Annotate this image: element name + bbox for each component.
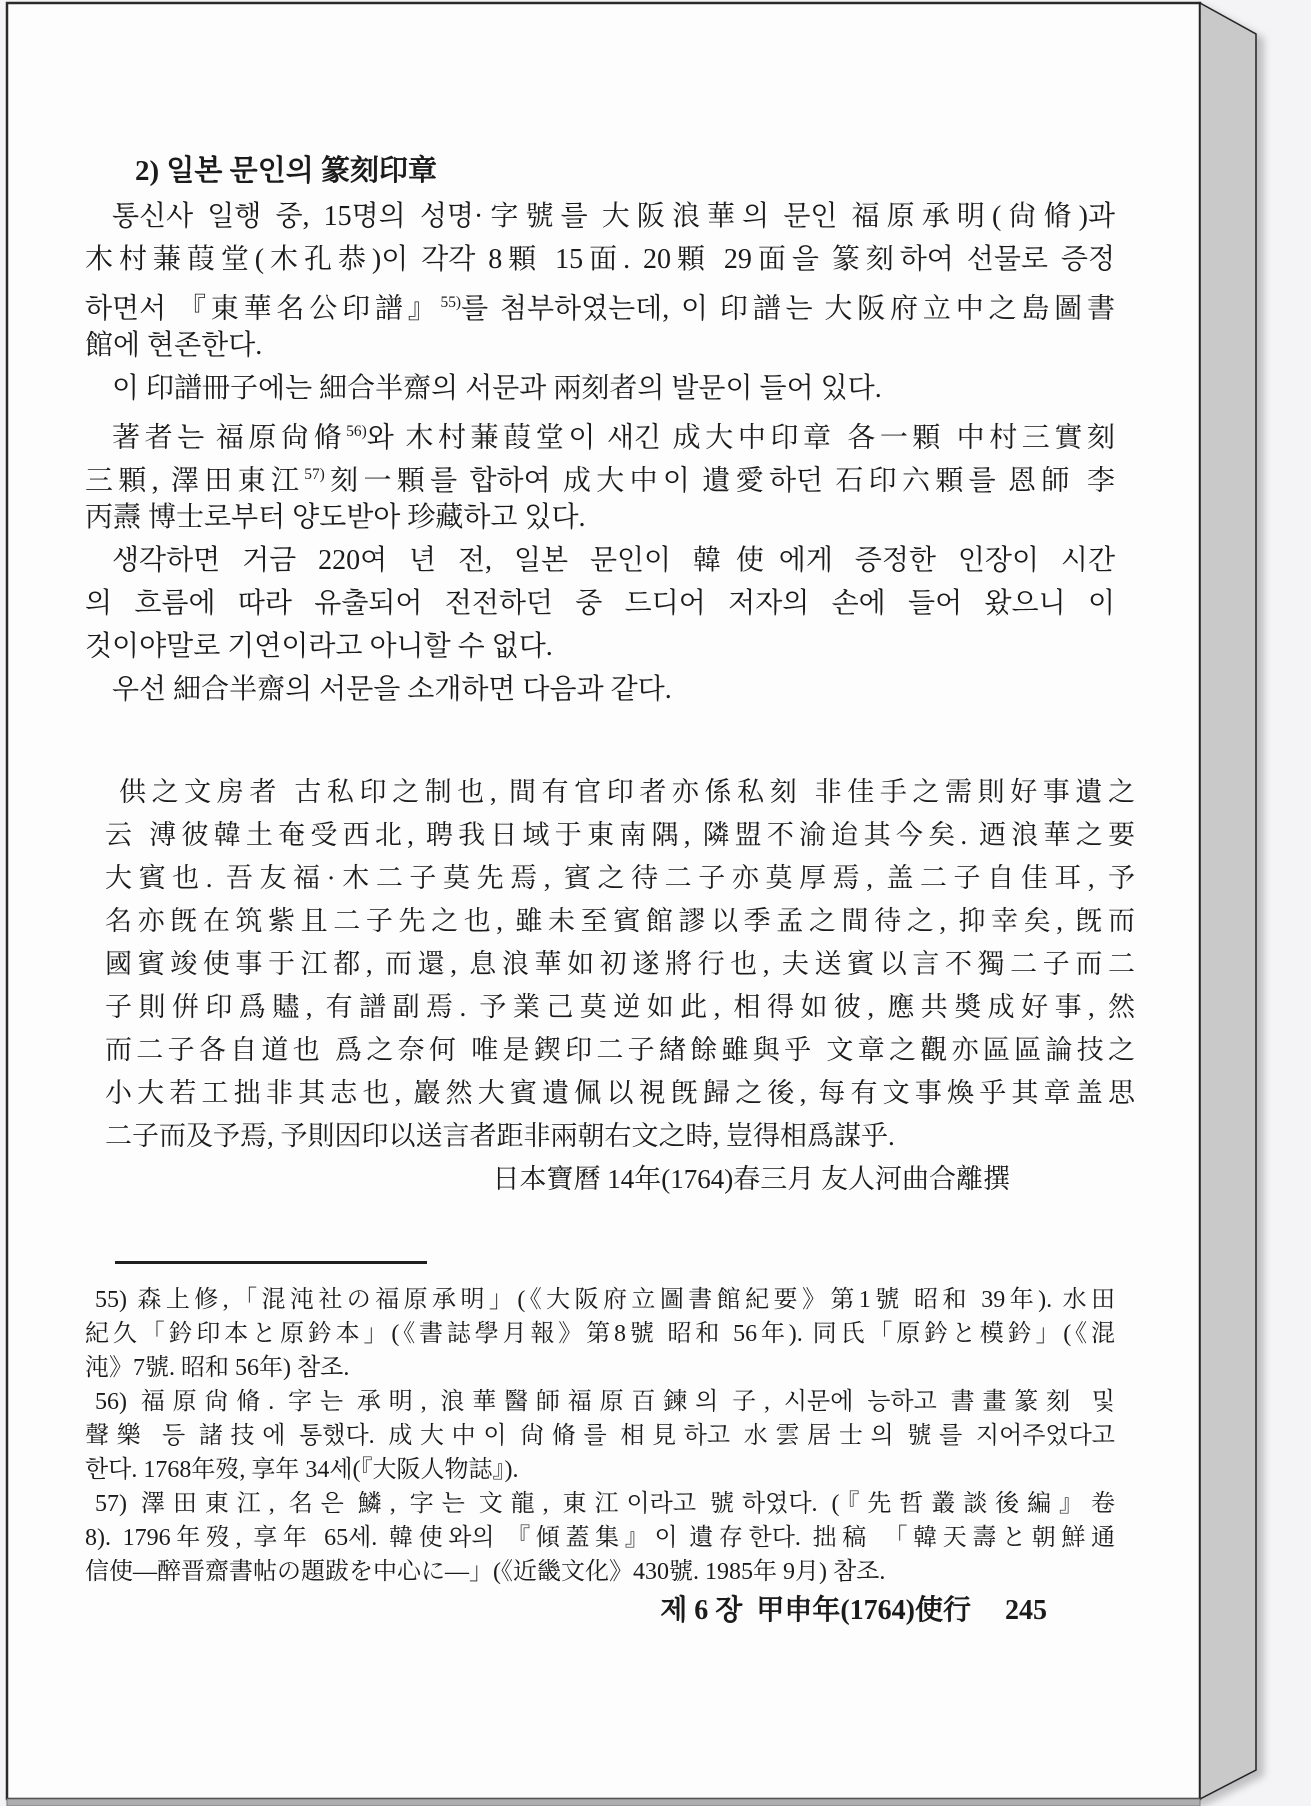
text-line: 丙燾 博士로부터 양도받아 珍藏하고 있다. xyxy=(85,496,1115,539)
footnote-56-line: 56) 福原尙脩. 字는 承明, 浪華醫師福原百鍊의 子, 시문에 능하고 書畫… xyxy=(85,1385,1115,1419)
quote-line: 子則倂印爲贐, 有譜副焉. 予業己莫逆如此, 相得如彼, 應共奬成好事, 然 xyxy=(105,986,1135,1029)
text-segment: 三顆, 澤田東江 xyxy=(85,465,304,496)
footnote-separator xyxy=(115,1261,427,1264)
bottom-edge xyxy=(7,1799,1200,1806)
chapter-label: 제 6 장 xyxy=(660,1595,742,1626)
footnotes-block: 55) 森上修,「混沌社の福原承明」(《大阪府立圖書館紀要》第1號 昭和 39年… xyxy=(85,1283,1115,1589)
text-segment: 와 木村蒹葭堂이 새긴 成大中印章 各一顆 中村三實刻 xyxy=(367,422,1115,453)
footnote-marker-56: 56) xyxy=(346,423,367,440)
quote-line: 名亦旣在筑紫且二子先之也, 雖未至賓館謬以季孟之間待之, 抑幸矣, 旣而 xyxy=(105,900,1135,943)
text-line: 館에 현존한다. xyxy=(85,324,1115,367)
chapter-title: 甲申年(1764)使行 xyxy=(756,1595,971,1626)
text-line: 생각하면 거금 220여 년 전, 일본 문인이 韓使에게 증정한 인장이 시간 xyxy=(85,539,1115,582)
text-line: 것이야말로 기연이라고 아니할 수 없다. xyxy=(85,625,1115,668)
quote-line: 大賓也. 吾友福·木二子莫先焉, 賓之待二子亦莫厚焉, 盖二子自佳耳, 予 xyxy=(105,857,1135,900)
footnote-55-line: 沌》7號. 昭和 56年) 참조. xyxy=(85,1351,1115,1385)
footnote-57-line: 57) 澤田東江, 名은 鱗, 字는 文龍, 東江이라고 號하였다. (『先哲叢… xyxy=(85,1487,1115,1521)
quote-line: 而二子各自道也 爲之奈何 唯是鍥印二子緖餘雖與乎 文章之觀亦區區論技之 xyxy=(105,1029,1135,1072)
text-line: 통신사 일행 중, 15명의 성명·字號를 大阪浪華의 문인 福原承明(尙脩)과 xyxy=(85,195,1115,238)
page-footer: 제 6 장甲申年(1764)使行245 xyxy=(85,1591,1115,1631)
section-title: 2) 일본 문인의 篆刻印章 xyxy=(85,150,1115,193)
section: 2) 일본 문인의 篆刻印章 xyxy=(85,150,1115,193)
body-paragraph-4: 생각하면 거금 220여 년 전, 일본 문인이 韓使에게 증정한 인장이 시간… xyxy=(85,539,1115,668)
text-line: 木村蒹葭堂(木孔恭)이 각각 8顆 15面. 20顆 29面을 篆刻하여 선물로… xyxy=(85,238,1115,281)
footnote-marker-57: 57) xyxy=(304,466,325,483)
text-segment: 刻一顆를 합하여 成大中이 遺愛하던 石印六顆를 恩師 李 xyxy=(325,465,1115,496)
text-line: 하면서 『東華名公印譜』55)를 첨부하였는데, 이 印譜는 大阪府立中之島圖書 xyxy=(85,281,1115,324)
footer-line: 제 6 장甲申年(1764)使行245 xyxy=(85,1591,1115,1631)
body-paragraph-2: 이 印譜冊子에는 細合半齋의 서문과 兩刻者의 발문이 들어 있다. xyxy=(85,367,1115,410)
page-number: 245 xyxy=(1005,1595,1047,1626)
quote-line: 國賓竣使事于江都, 而還, 息浪華如初遂將行也, 夫送賓以言不獨二子而二 xyxy=(105,943,1135,986)
quote-line: 小大若工拙非其志也, 巖然大賓遺佩以視旣歸之後, 每有文事煥乎其章盖思 xyxy=(105,1072,1135,1115)
fore-edge xyxy=(1200,3,1256,1799)
text-segment: 하면서 『東華名公印譜』 xyxy=(85,293,441,324)
body-paragraph-3: 著者는 福原尙脩56)와 木村蒹葭堂이 새긴 成大中印章 各一顆 中村三實刻 三… xyxy=(85,410,1115,539)
quote-line: 二子而及予焉, 予則因印以送言者距非兩朝右文之時, 豈得相爲謀乎. xyxy=(105,1115,1135,1158)
footnote-55-line: 55) 森上修,「混沌社の福原承明」(《大阪府立圖書館紀要》第1號 昭和 39年… xyxy=(85,1283,1115,1317)
footnote-55-line: 紀久「鈐印本と原鈐本」(《書誌學月報》第8號 昭和 56年). 同氏「原鈐と模鈐… xyxy=(85,1317,1115,1351)
text-segment: 를 첨부하였는데, 이 印譜는 大阪府立中之島圖書 xyxy=(461,293,1115,324)
quote-block: 供之文房者 古私印之制也, 間有官印者亦係私刻 非佳手之需則好事遺之 云 溥彼韓… xyxy=(85,771,1135,1158)
quote-attribution: 日本寶曆 14年(1764)春三月 友人河曲合離撰 xyxy=(85,1158,1115,1201)
text-line: 의 흐름에 따라 유출되어 전전하던 중 드디어 저자의 손에 들어 왔으니 이 xyxy=(85,582,1115,625)
footnote-56-line: 聲樂 등 諸技에 통했다. 成大中이 尙脩를 相見하고 水雲居士의 號를 지어주… xyxy=(85,1419,1115,1453)
text-line: 著者는 福原尙脩56)와 木村蒹葭堂이 새긴 成大中印章 各一顆 中村三實刻 xyxy=(85,410,1115,453)
footnote-57-line: 信使—醉晋齋書帖の題跋を中心に—」(《近畿文化》430號. 1985年 9月) … xyxy=(85,1555,1115,1589)
footnote-marker-55: 55) xyxy=(441,294,462,311)
text-line: 우선 細合半齋의 서문을 소개하면 다음과 같다. xyxy=(85,668,1115,711)
text-line: 三顆, 澤田東江57)刻一顆를 합하여 成大中이 遺愛하던 石印六顆를 恩師 李 xyxy=(85,453,1115,496)
text-line: 이 印譜冊子에는 細合半齋의 서문과 兩刻者의 발문이 들어 있다. xyxy=(85,367,1115,410)
quote-line: 云 溥彼韓土奄受西北, 聘我日域于東南隅, 隣盟不渝迨其今矣. 迺浪華之要 xyxy=(105,814,1135,857)
scanned-book-page: 2) 일본 문인의 篆刻印章 통신사 일행 중, 15명의 성명·字號를 大阪浪… xyxy=(0,0,1311,1806)
text-segment: 著者는 福原尙脩 xyxy=(112,422,346,453)
body-paragraph-1: 통신사 일행 중, 15명의 성명·字號를 大阪浪華의 문인 福原承明(尙脩)과… xyxy=(85,195,1115,367)
footnote-56-line: 한다. 1768年歿, 享年 34세(『大阪人物誌』). xyxy=(85,1453,1115,1487)
quote-attribution-row: 日本寶曆 14年(1764)春三月 友人河曲合離撰 xyxy=(85,1158,1115,1201)
footnote-57-line: 8). 1796年歿, 享年 65세. 韓使와의 『傾蓋集』이 遺存한다. 拙稿… xyxy=(85,1521,1115,1555)
body-paragraph-5: 우선 細合半齋의 서문을 소개하면 다음과 같다. xyxy=(85,668,1115,711)
quote-line: 供之文房者 古私印之制也, 間有官印者亦係私刻 非佳手之需則好事遺之 xyxy=(105,771,1135,814)
